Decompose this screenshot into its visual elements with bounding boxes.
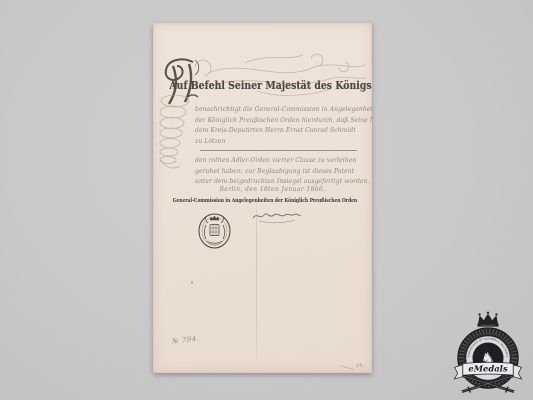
flourish-decoration-left — [155, 95, 195, 173]
signature-scribble — [251, 208, 303, 224]
handwriting-line: der Königlich Preußischen Orden hierdurc… — [195, 116, 361, 127]
pencil-stroke — [339, 365, 354, 370]
issuer-printed-line: General-Commission in Angelegenheiten de… — [173, 198, 353, 204]
fold-crease — [256, 189, 257, 373]
pencil-annotation: 14, — [355, 362, 364, 370]
handwriting-line: geruhet haben; zur Beglaubigung ist dies… — [195, 167, 361, 178]
date-line: Berlin, den 18ten Januar 1866. — [173, 186, 372, 193]
handwriting-line: dem Kreis-Deputirten Herrn Ernst Conrad … — [195, 126, 361, 137]
paper-blemish — [191, 281, 193, 284]
photo-backdrop: Auf Befehl Seiner Majestät des Königs be… — [0, 0, 533, 400]
handwriting-line: zu Lötzen — [195, 137, 361, 148]
watermark-brand-label: eMedals — [468, 363, 507, 373]
ruled-line — [200, 150, 357, 151]
handwriting-line: den rothen Adler-Orden vierter Classe zu… — [195, 156, 361, 167]
header-calligraphy: Auf Befehl Seiner Majestät des Königs — [169, 79, 355, 92]
emedals-watermark: PURVEYORS OF AUTHENTIC MILITARIA ♞ eMeda… — [446, 310, 530, 396]
document-number: № 794. — [172, 335, 200, 346]
handwriting-line: benachrichtigt die General-Commission in… — [195, 105, 361, 116]
handwritten-paragraph-1: benachrichtigt die General-Commission in… — [195, 105, 361, 147]
document-paper: Auf Befehl Seiner Majestät des Königs be… — [153, 23, 372, 373]
orders-commission-seal — [197, 212, 232, 250]
handwritten-paragraph-2: den rothen Adler-Orden vierter Classe zu… — [195, 156, 361, 188]
watermark-crown-icon — [478, 312, 499, 327]
handwriting-place: zu Lötzen — [195, 138, 225, 145]
